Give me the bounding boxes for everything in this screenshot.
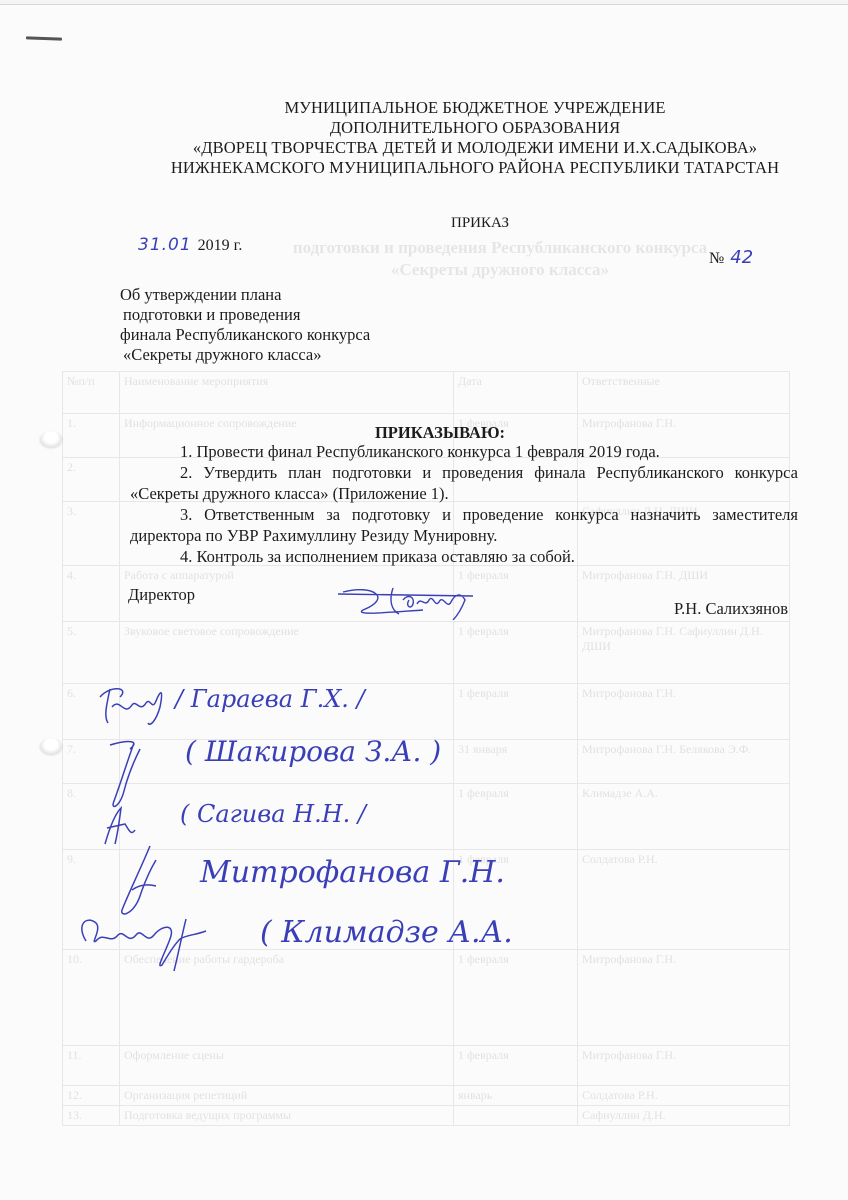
signature-scribble-5-icon xyxy=(66,905,266,975)
order-item-4: 4. Контроль за исполнением приказа остав… xyxy=(130,546,798,567)
command-heading: ПРИКАЗЫВАЮ: xyxy=(340,423,540,443)
acknowledgement-1: / Гараева Г.Х. / xyxy=(175,685,365,713)
acknowledgement-3: ( Сагива Н.Н. / xyxy=(180,800,366,828)
header-line: НИЖНЕКАМСКОГО МУНИЦИПАЛЬНОГО РАЙОНА РЕСП… xyxy=(150,158,800,178)
order-title: ПРИКАЗ xyxy=(380,215,580,232)
director-name: Р.Н. Салихзянов xyxy=(674,599,788,619)
director-signature-icon xyxy=(333,580,503,620)
subject-line: финала Республиканского конкурса xyxy=(120,325,370,345)
number-label: № xyxy=(709,250,724,267)
handwritten-date: 31.01 xyxy=(138,235,192,255)
acknowledgement-2: ( Шакирова З.А. ) xyxy=(185,735,441,768)
order-date: 31.012019 г. xyxy=(138,235,242,255)
order-items: 1. Провести финал Республиканского конку… xyxy=(130,441,798,567)
acknowledgement-4: Митрофанова Г.Н. xyxy=(200,855,505,890)
handwritten-number: 42 xyxy=(730,247,753,268)
header-line: «ДВОРЕЦ ТВОРЧЕСТВА ДЕТЕЙ И МОЛОДЕЖИ ИМЕН… xyxy=(150,138,800,158)
acknowledgement-5: ( Климадзе А.А. xyxy=(260,915,513,950)
signature-scribble-1-icon xyxy=(90,677,170,737)
punch-hole-bottom xyxy=(40,738,62,754)
subject-line: «Секреты дружного класса» xyxy=(120,345,370,365)
institution-header: МУНИЦИПАЛЬНОЕ БЮДЖЕТНОЕ УЧРЕЖДЕНИЕ ДОПОЛ… xyxy=(150,98,800,178)
order-item-1: 1. Провести финал Республиканского конку… xyxy=(130,441,798,462)
director-signature-block: Директор Р.Н. Салихзянов xyxy=(128,585,788,625)
header-line: ДОПОЛНИТЕЛЬНОГО ОБРАЗОВАНИЯ xyxy=(150,118,800,138)
bleed-through-title: подготовки и проведения Республиканского… xyxy=(250,237,750,281)
director-title: Директор xyxy=(128,585,195,605)
order-subject: Об утверждении плана подготовки и провед… xyxy=(120,285,370,365)
header-line: МУНИЦИПАЛЬНОЕ БЮДЖЕТНОЕ УЧРЕЖДЕНИЕ xyxy=(150,98,800,118)
document-page: подготовки и проведения Республиканского… xyxy=(0,4,848,1200)
subject-line: Об утверждении плана xyxy=(120,285,370,305)
punch-hole-top xyxy=(40,431,62,447)
subject-line: подготовки и проведения xyxy=(120,305,370,325)
order-item-2: 2. Утвердить план подготовки и проведени… xyxy=(130,462,798,504)
scan-mark xyxy=(26,36,62,40)
order-item-3: 3. Ответственным за подготовку и проведе… xyxy=(130,504,798,546)
printed-year: 2019 г. xyxy=(198,237,243,254)
order-number: №42 xyxy=(709,247,753,268)
